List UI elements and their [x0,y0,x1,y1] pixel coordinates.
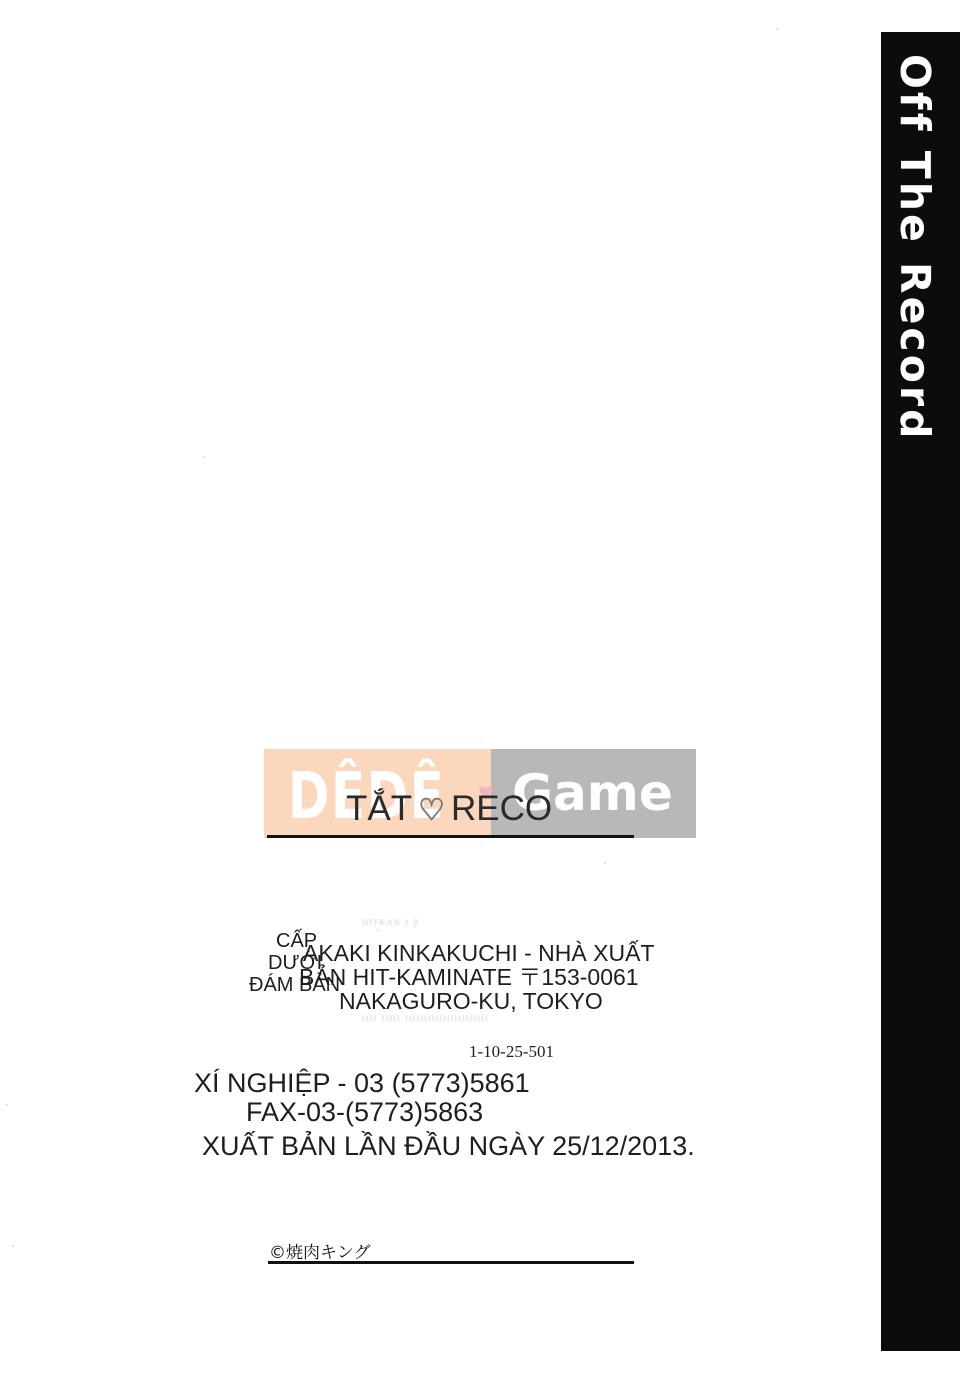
heart-outline-icon: ♡ [418,794,445,827]
scan-speck [6,1104,8,1106]
scan-speck [203,456,205,458]
title-part1: TẮT [346,789,412,828]
spine-title: Off The Record [891,54,939,441]
scan-speck [604,862,606,864]
credit-line-3: NAKAGURO-KU, TOKYO [339,988,603,1014]
postal-address: 1-10-25-501 [469,1042,554,1062]
credit-line-1: AKAKI KINKAKUCHI - NHÀ XUẤT [303,940,654,966]
faded-scan-text: ᴴᴵᵀ᷊ᴷᴬᴺ ᴵ ᵝ [362,918,419,934]
phone-line: XÍ NGHIỆP - 03 (5773)5861 [194,1068,530,1098]
book-title: TẮT♡RECO [346,787,552,833]
copyright-divider [268,1261,634,1264]
fax-line: FAX-03-(5773)5863 [246,1097,483,1127]
title-part2: RECO [451,789,552,828]
credit-line-2: BẢN HIT-KAMINATE 〒153-0061 [299,964,639,990]
title-divider [267,835,634,838]
scan-speck [776,28,778,30]
faded-scan-text: ᴵᴵᴵᴵ ᴵᴵᴵᴵᴵ ᴵᴵᴵᴵᴵᴵᴵᴵᴵᴵᴵᴵᴵᴵᴵᴵᴵᴵᴵᴵᴵᴵ [362,1014,489,1030]
first-edition-line: XUẤT BẢN LẦN ĐẦU NGÀY 25/12/2013. [202,1131,695,1161]
copyright-notice: ©焼肉キング [269,1238,371,1263]
scan-speck [12,1245,14,1247]
spine-bar: Off The Record [881,32,960,1351]
